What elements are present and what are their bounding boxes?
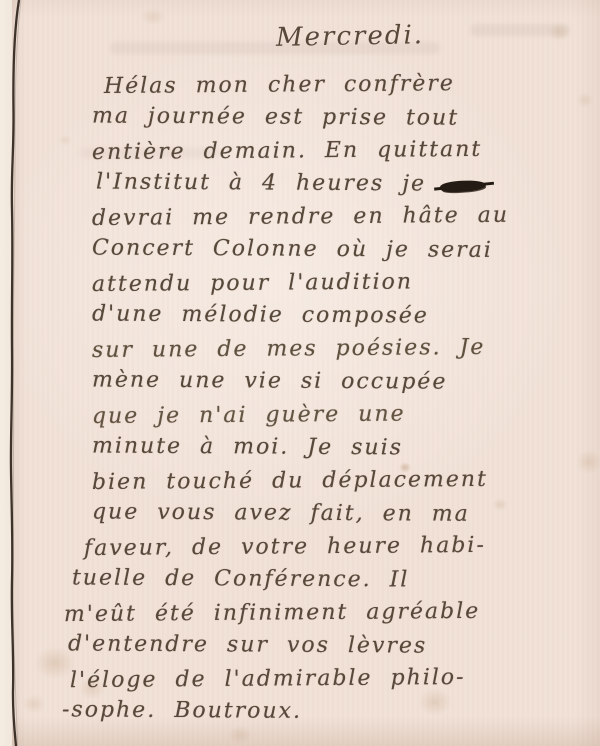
handwriting-line: que je n'ai guère une — [92, 396, 600, 433]
handwriting-line: mène une vie si occupée — [92, 363, 600, 399]
handwriting-line: d'une mélodie composée — [92, 297, 600, 333]
handwriting-text: faveur, de votre heure habi- — [84, 533, 486, 561]
letter-photo: Mercredi. Hélas mon cher confrèrema jour… — [0, 0, 600, 746]
handwriting-line: que vous avez fait, en ma — [92, 495, 600, 531]
handwriting-line: entière demain. En quittant — [92, 132, 600, 169]
handwriting-text: tuelle de Conférence. Il — [72, 565, 410, 592]
handwriting-line: devrai me rendre en hâte au — [92, 198, 600, 235]
handwriting-line: Hélas mon cher confrère — [104, 66, 600, 103]
handwriting-text: l'Institut à 4 heures je — [96, 169, 426, 196]
handwriting-text: d'entendre sur vos lèvres — [68, 631, 427, 658]
handwriting-text: d'une mélodie composée — [92, 301, 429, 328]
handwriting-text: que vous avez fait, en ma — [92, 499, 470, 526]
handwriting-line: ma journée est prise tout — [92, 99, 600, 135]
scribbled-out-word — [440, 179, 487, 193]
handwriting-line: Concert Colonne où je serai — [92, 231, 600, 267]
handwriting-line: sur une de mes poésies. Je — [92, 330, 600, 367]
handwriting-line: attendu pour l'audition — [92, 264, 600, 301]
letter-lines: Hélas mon cher confrèrema journée est pr… — [0, 68, 600, 728]
handwriting-text: -sophe. Boutroux. — [62, 697, 302, 723]
handwriting-text: entière demain. En quittant — [92, 137, 482, 165]
handwriting-line: faveur, de votre heure habi- — [84, 528, 600, 565]
handwriting-text: Hélas mon cher confrère — [104, 71, 455, 99]
handwriting-text: mène une vie si occupée — [92, 367, 448, 394]
handwriting-line: tuelle de Conférence. Il — [72, 561, 600, 597]
handwriting-text: Concert Colonne où je serai — [92, 235, 493, 262]
handwriting-text: ma journée est prise tout — [92, 103, 459, 130]
handwriting-line: m'eût été infiniment agréable — [64, 594, 600, 631]
handwritten-letter: Mercredi. Hélas mon cher confrèrema jour… — [0, 0, 600, 54]
letter-heading: Mercredi. — [276, 17, 600, 53]
handwriting-line: l'éloge de l'admirable philo- — [70, 660, 600, 697]
handwriting-text: que je n'ai guère une — [92, 402, 406, 429]
handwriting-text: sur une de mes poésies. Je — [92, 335, 486, 363]
handwriting-text: minute à moi. Je suis — [92, 433, 403, 460]
handwriting-line: minute à moi. Je suis — [92, 429, 600, 465]
handwriting-line: l'Institut à 4 heures je — [96, 165, 600, 201]
handwriting-text: devrai me rendre en hâte au — [92, 203, 509, 231]
handwriting-text: bien touché du déplacement — [92, 467, 488, 495]
handwriting-line: bien touché du déplacement — [92, 462, 600, 499]
handwriting-text: l'éloge de l'admirable philo- — [70, 665, 466, 693]
handwriting-text: attendu pour l'audition — [92, 269, 413, 297]
handwriting-line: -sophe. Boutroux. — [62, 693, 600, 729]
handwriting-text: m'eût été infiniment agréable — [64, 599, 480, 627]
handwriting-line: d'entendre sur vos lèvres — [68, 627, 600, 663]
